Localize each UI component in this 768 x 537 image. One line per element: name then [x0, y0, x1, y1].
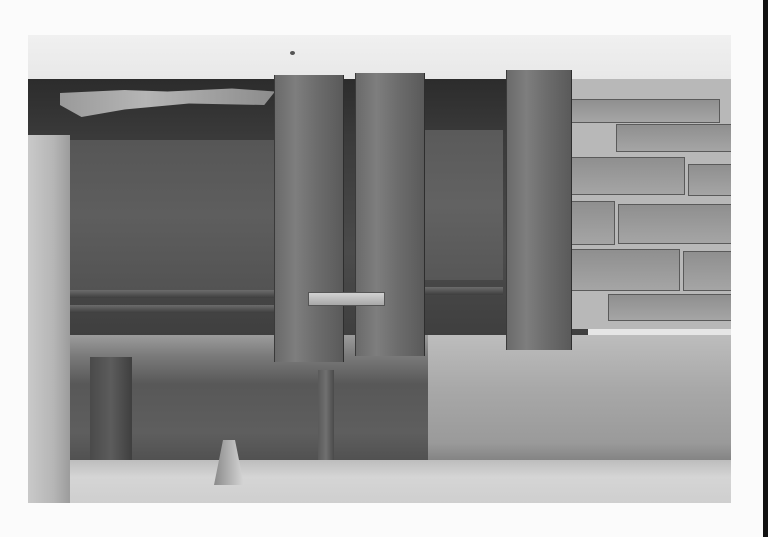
vertical-plank [506, 70, 572, 350]
metal-latch [308, 292, 385, 306]
vertical-plank [274, 75, 344, 362]
rubble-ground [70, 460, 731, 503]
brick [568, 99, 720, 123]
brick [568, 249, 680, 291]
brick-wall [568, 79, 731, 329]
photo-mount-edge [763, 0, 768, 537]
brick [608, 294, 731, 321]
photograph [28, 35, 731, 503]
horizontal-rail [50, 305, 282, 313]
brick [568, 157, 685, 195]
brick [683, 251, 731, 291]
brick [568, 201, 615, 245]
sill-beam-lit [428, 335, 731, 470]
brick [688, 164, 731, 196]
brick [616, 124, 731, 152]
brick [618, 204, 731, 244]
wood-panel-left [36, 140, 281, 292]
left-post [28, 135, 70, 503]
horizontal-rail [50, 290, 282, 298]
wood-panel-middle [418, 130, 503, 280]
vertical-plank [355, 73, 425, 356]
nail-head [290, 51, 295, 55]
horizontal-rail [418, 287, 503, 295]
